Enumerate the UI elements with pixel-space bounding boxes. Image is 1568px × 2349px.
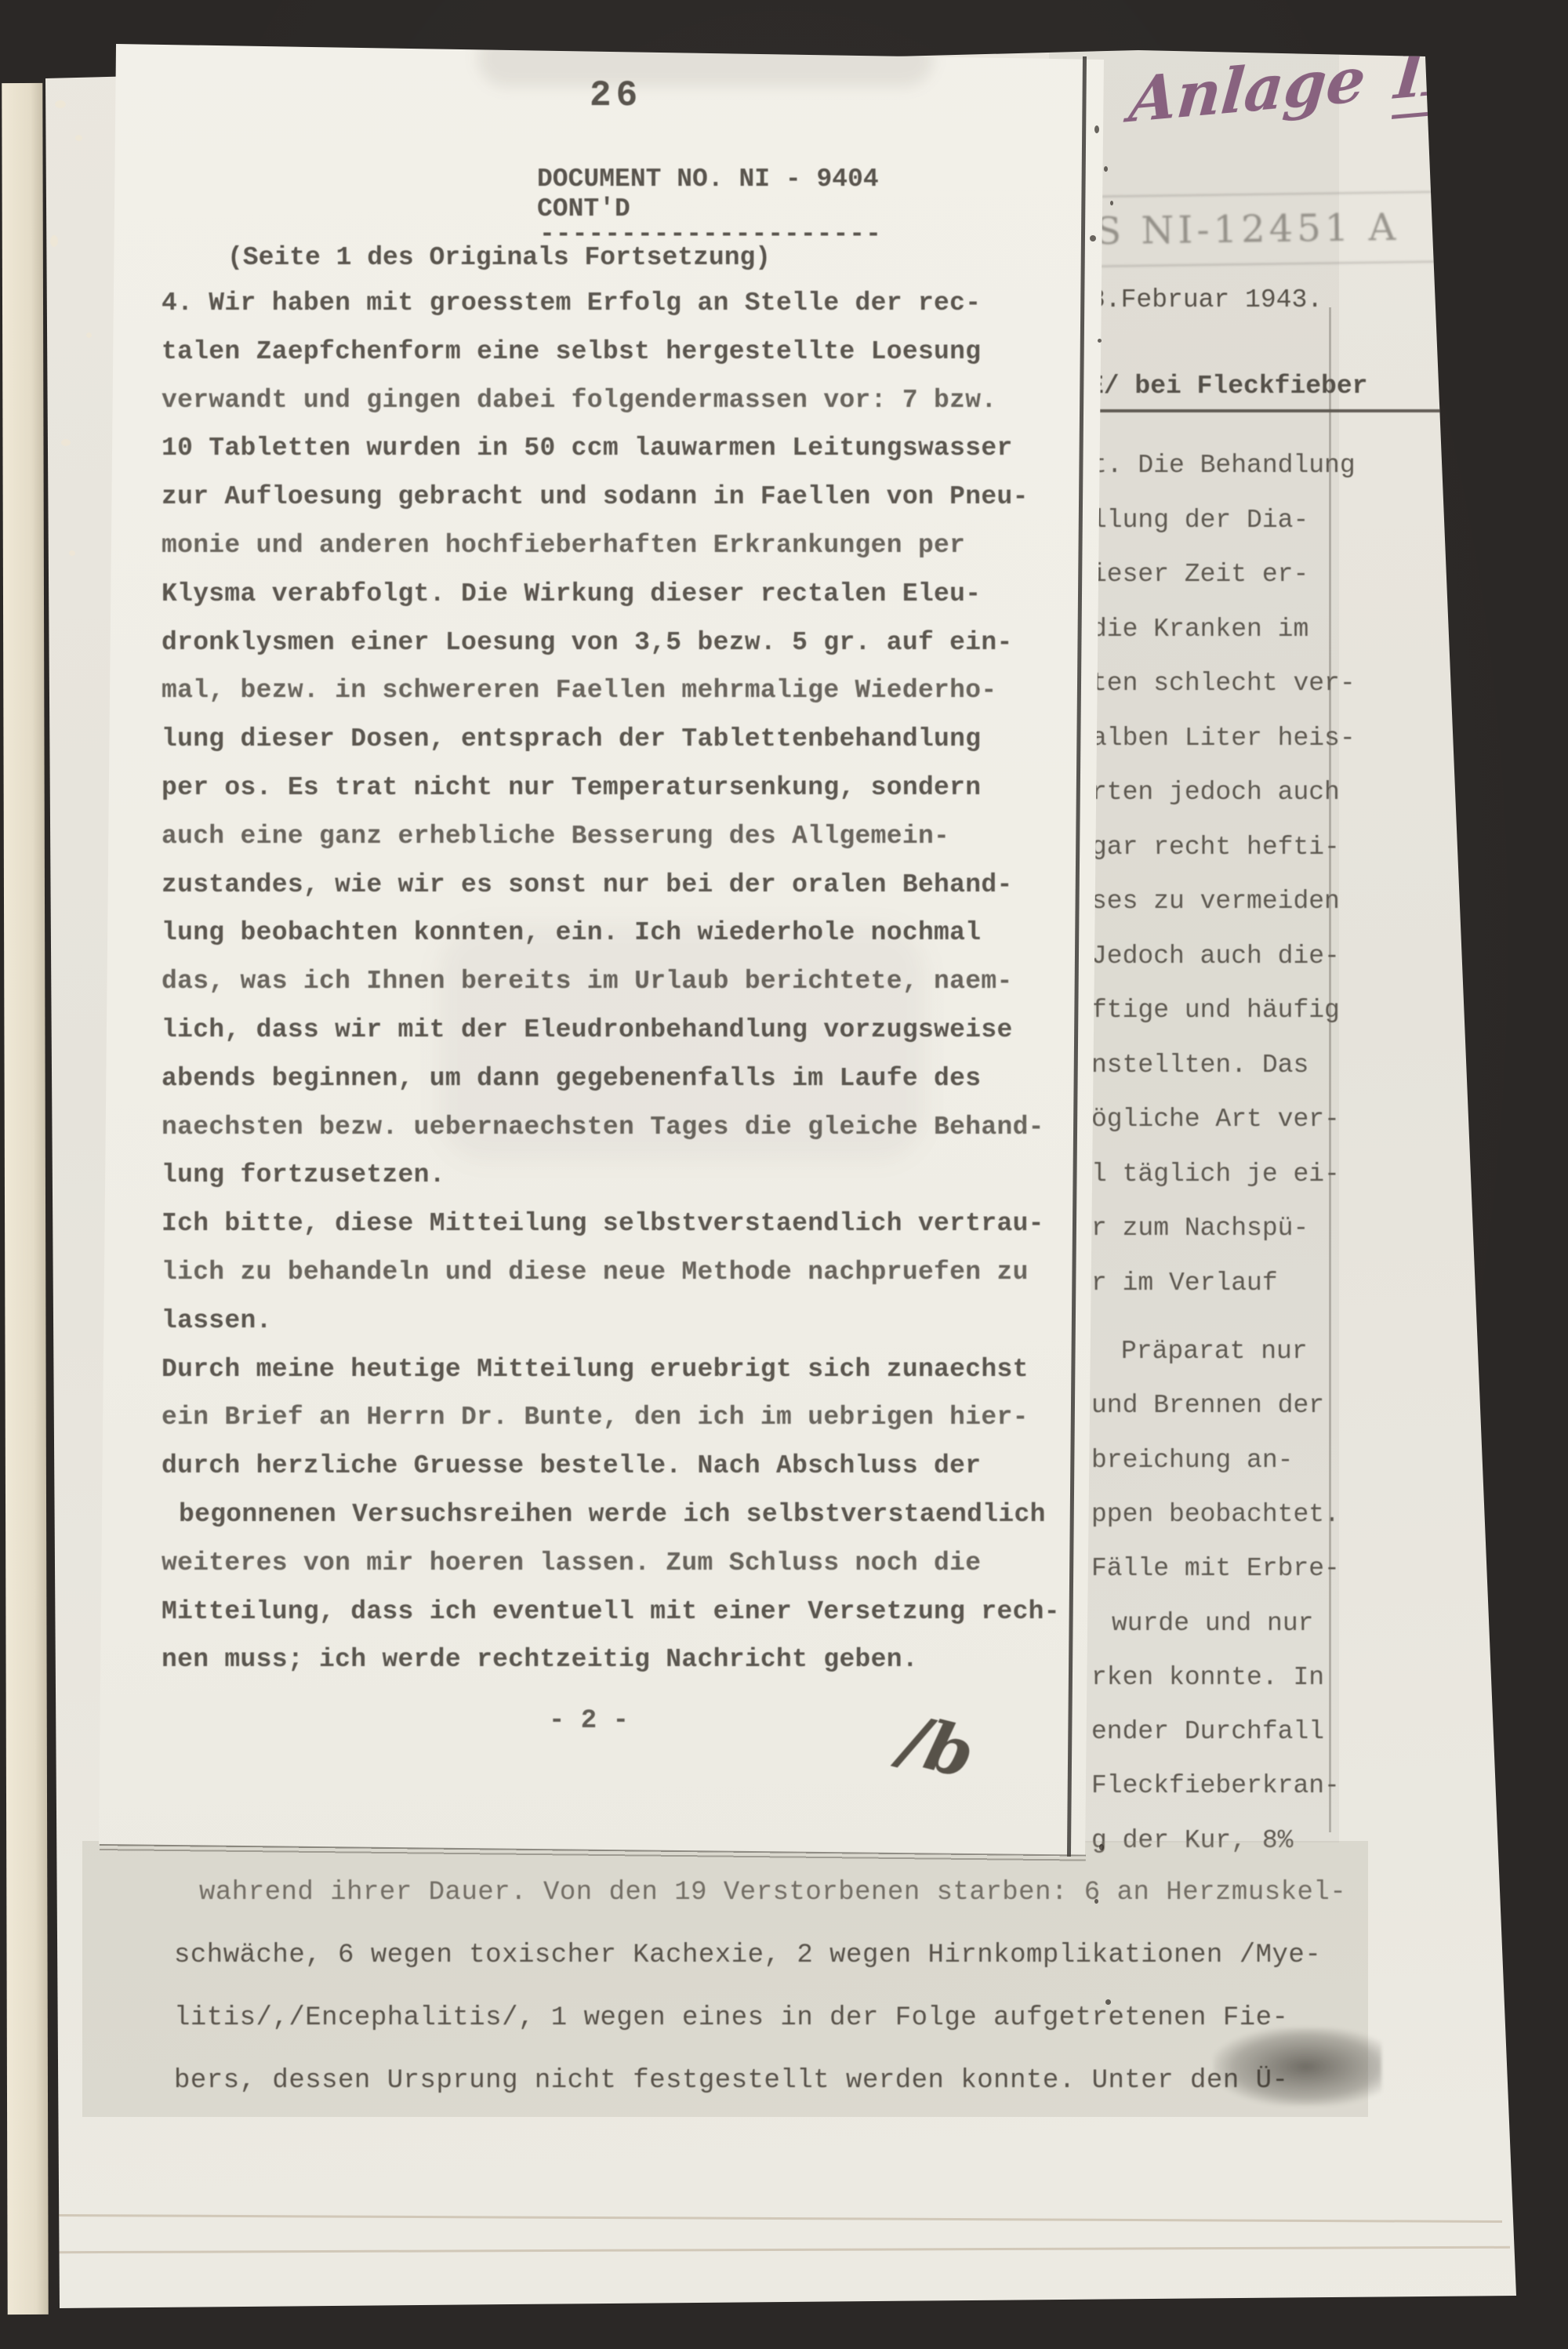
typewritten-line: Mitteilung, dass ich eventuell mit einer… [162,1597,1060,1626]
date-line: 8.Februar 1943. [1090,285,1323,314]
typewritten-fragment: wurde und nur [1112,1609,1313,1638]
dust-speck [1099,1844,1104,1850]
typewritten-fragment: ten schlecht ver- [1091,669,1356,698]
footer-page-number: - 2 - [549,1706,629,1736]
dust-speck [1094,125,1099,133]
dust-speck [1098,339,1102,343]
dust-speck [1094,1899,1098,1904]
typewritten-fragment: litis/,/Encephalitis/, 1 wegen eines in … [174,2003,1288,2033]
typewritten-line: lung fortzusetzen. [162,1160,445,1189]
typewritten-fragment: ögliche Art ver- [1091,1105,1340,1134]
dust-speck [1110,201,1113,205]
paper-speck [69,550,75,556]
page-fold-line [1329,307,1331,1832]
typewritten-fragment: ppen beobachtet. [1091,1500,1340,1529]
typewritten-fragment: wahrend ihrer Dauer. Von den 19 Verstorb… [199,1878,1346,1908]
typewritten-fragment: schwäche, 6 wegen toxischer Kachexie, 2 … [174,1941,1321,1970]
column-heading: E/ bei Fleckfieber [1088,372,1367,401]
paper-speck [75,135,82,141]
document-number-line: DOCUMENT NO. NI - 9404 [537,165,879,194]
typewritten-line: lung beobachten konnten, ein. Ich wieder… [162,918,981,947]
typewritten-fragment: r im Verlauf [1091,1269,1278,1298]
typewritten-fragment: gar recht hefti- [1091,833,1340,862]
typewritten-fragment: r zum Nachspü- [1091,1214,1308,1243]
typewritten-fragment: bers, dessen Ursprung nicht festgestellt… [174,2066,1288,2096]
typewritten-line: 4. Wir haben mit groesstem Erfolg an Ste… [162,289,981,318]
subtitle-line: (Seite 1 des Originals Fortsetzung) [227,243,771,272]
typewritten-line: zur Aufloesung gebracht und sodann in Fa… [162,482,1029,511]
typewritten-fragment: l täglich je ei- [1091,1160,1340,1189]
typewritten-line: weiteres von mir hoeren lassen. Zum Schl… [162,1548,981,1577]
typewritten-fragment: t. Die Behandlung [1091,451,1356,480]
typewritten-fragment: ses zu vermeiden [1091,887,1340,916]
annotation-numeral: III [1392,34,1484,119]
typewritten-fragment: llung der Dia- [1091,506,1308,535]
typewritten-fragment: ieser Zeit er- [1091,560,1308,589]
typewritten-line: das, was ich Ihnen bereits im Urlaub ber… [162,967,1013,996]
typewritten-fragment: ender Durchfall [1091,1717,1324,1746]
typewritten-line: ein Brief an Herrn Dr. Bunte, den ich im… [162,1403,1029,1432]
typewritten-fragment: nstellten. Das [1091,1051,1308,1080]
typewritten-fragment: rken konnte. In [1091,1663,1324,1692]
typewritten-fragment: und Brennen der [1091,1391,1324,1420]
typewritten-fragment: Fälle mit Erbre- [1091,1554,1340,1583]
heading-underline-rule [1054,409,1495,412]
dust-speck [1105,1999,1111,2005]
typewritten-line: mal, bezw. in schwereren Faellen mehrmal… [162,676,996,705]
typewritten-fragment: rten jedoch auch [1091,778,1340,807]
typewritten-line: naechsten bezw. uebernaechsten Tages die… [162,1113,1044,1142]
dust-speck [1104,166,1108,172]
paper-speck [50,235,58,247]
scanned-document-photo: AnlageIII PIS NI-12451 A 8.Februar 1943.… [0,0,1568,2349]
typewritten-line: zustandes, wie wir es sonst nur bei der … [162,870,1013,899]
typewritten-line: verwandt und gingen dabei folgendermasse… [162,386,996,415]
typewritten-line: talen Zaepfchenform eine selbst hergeste… [162,337,981,366]
paper-speck [86,332,92,338]
typewritten-line: per os. Es trat nicht nur Temperatursenk… [162,773,981,802]
typewritten-line: abends beginnen, um dann gegebenenfalls … [162,1064,981,1093]
paper-speck [61,439,71,446]
typewritten-line: monie und anderen hochfieberhaften Erkra… [162,531,965,560]
dust-speck [1090,235,1096,241]
handwritten-check-mark: /b [893,1700,982,1794]
typewritten-line: Ich bitte, diese Mitteilung selbstversta… [162,1209,1044,1238]
paper-crease [45,2246,1510,2254]
typewritten-line: durch herzliche Gruesse bestelle. Nach A… [162,1451,981,1480]
left-page-sliver [2,83,48,2315]
typewritten-fragment: die Kranken im [1091,615,1308,644]
typewritten-fragment: Jedoch auch die- [1091,942,1340,971]
typewritten-fragment: alben Liter heis- [1091,724,1356,753]
typewritten-fragment: breichung an- [1091,1446,1293,1475]
typewritten-line: Klysma verabfolgt. Die Wirkung dieser re… [162,579,981,608]
typewritten-fragment: ftige und häufig [1091,996,1340,1025]
typewritten-line: lung dieser Dosen, entsprach der Tablett… [162,724,981,753]
typewritten-fragment: Fleckfieberkran- [1091,1771,1340,1800]
paper-crease [52,2214,1502,2223]
typewritten-fragment: Präparat nur [1121,1337,1308,1366]
typewritten-line: lich zu behandeln und diese neue Methode… [162,1258,1029,1287]
ink-smudge [1214,2028,1381,2106]
typewritten-line: lassen. [162,1306,272,1335]
typewritten-line: Durch meine heutige Mitteilung eruebrigt… [162,1355,1029,1384]
typewritten-line: 10 Tabletten wurden in 50 ccm lauwarmen … [162,434,1013,463]
paper-speck [55,100,66,108]
typewritten-line: nen muss; ich werde rechtzeitig Nachrich… [162,1645,918,1674]
ghost-ink-smear [478,30,933,86]
typewritten-line: auch eine ganz erhebliche Besserung des … [162,822,949,851]
page-number-stamp: 26 [590,75,642,116]
archive-stamp: PIS NI-12451 A [1047,190,1509,268]
typewritten-line: dronklysmen einer Loesung von 3,5 bezw. … [162,628,1013,657]
typewritten-line: begonnenen Versuchsreihen werde ich selb… [179,1500,1046,1529]
typewritten-line: lich, dass wir mit der Eleudronbehandlun… [162,1015,1013,1044]
